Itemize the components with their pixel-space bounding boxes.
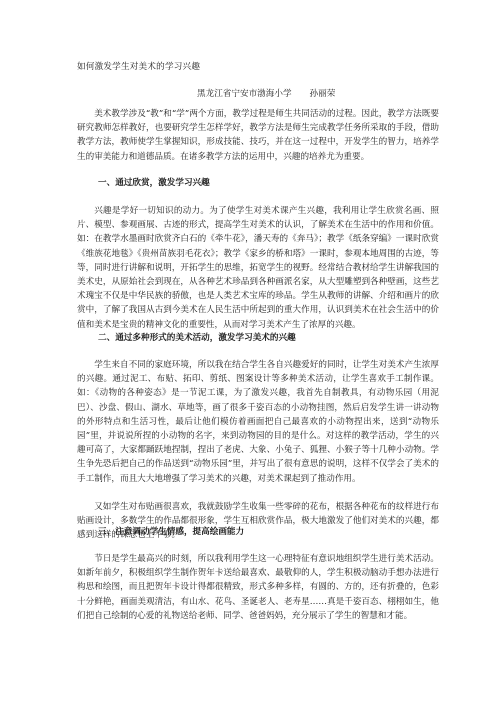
document-page: 如何激发学生对美术的学习兴趣 黑龙江省宁安市渤海小学孙丽荣 美术教学涉及“教”和…: [0, 0, 500, 708]
intro-paragraph-block: 美术教学涉及“教”和“学”两个方面，教学过程是师生共同活动的过程。因此，教学方法…: [77, 107, 439, 164]
section-1-paragraph-1: 兴趣是学好一切知识的动力。为了使学生对美术课产生兴趣，我利用让学生欣赏名画、照片…: [77, 204, 439, 332]
section-2-body: 学生来自不同的家庭环境，所以我在结合学生各自兴趣爱好的同时，让学生对美术产生浓厚…: [77, 358, 439, 542]
byline: 黑龙江省宁安市渤海小学孙丽荣: [197, 87, 335, 99]
author-name: 孙丽荣: [310, 89, 336, 99]
school-name: 黑龙江省宁安市渤海小学: [197, 89, 292, 99]
section-2-paragraph-1: 学生来自不同的家庭环境，所以我在结合学生各自兴趣爱好的同时，让学生对美术产生浓厚…: [77, 358, 439, 486]
section-3-heading: 三、注意调动学生情感，提高绘画能力: [98, 525, 244, 537]
section-3-paragraph-1: 节日是学生最高兴的时刻，所以我利用学生这一心理特征有意识地组织学生进行美术活动。…: [77, 552, 439, 623]
section-3-body: 节日是学生最高兴的时刻，所以我利用学生这一心理特征有意识地组织学生进行美术活动。…: [77, 552, 439, 623]
document-title: 如何激发学生对美术的学习兴趣: [77, 60, 200, 72]
section-1-heading: 一、通过欣赏，激发学习兴趣: [98, 176, 210, 188]
intro-paragraph: 美术教学涉及“教”和“学”两个方面，教学过程是师生共同活动的过程。因此，教学方法…: [77, 107, 439, 164]
section-2-heading: 二、通过多种形式的美术活动，激发学习美术的兴趣: [98, 331, 296, 343]
section-1-body: 兴趣是学好一切知识的动力。为了使学生对美术课产生兴趣，我利用让学生欣赏名画、照片…: [77, 204, 439, 332]
